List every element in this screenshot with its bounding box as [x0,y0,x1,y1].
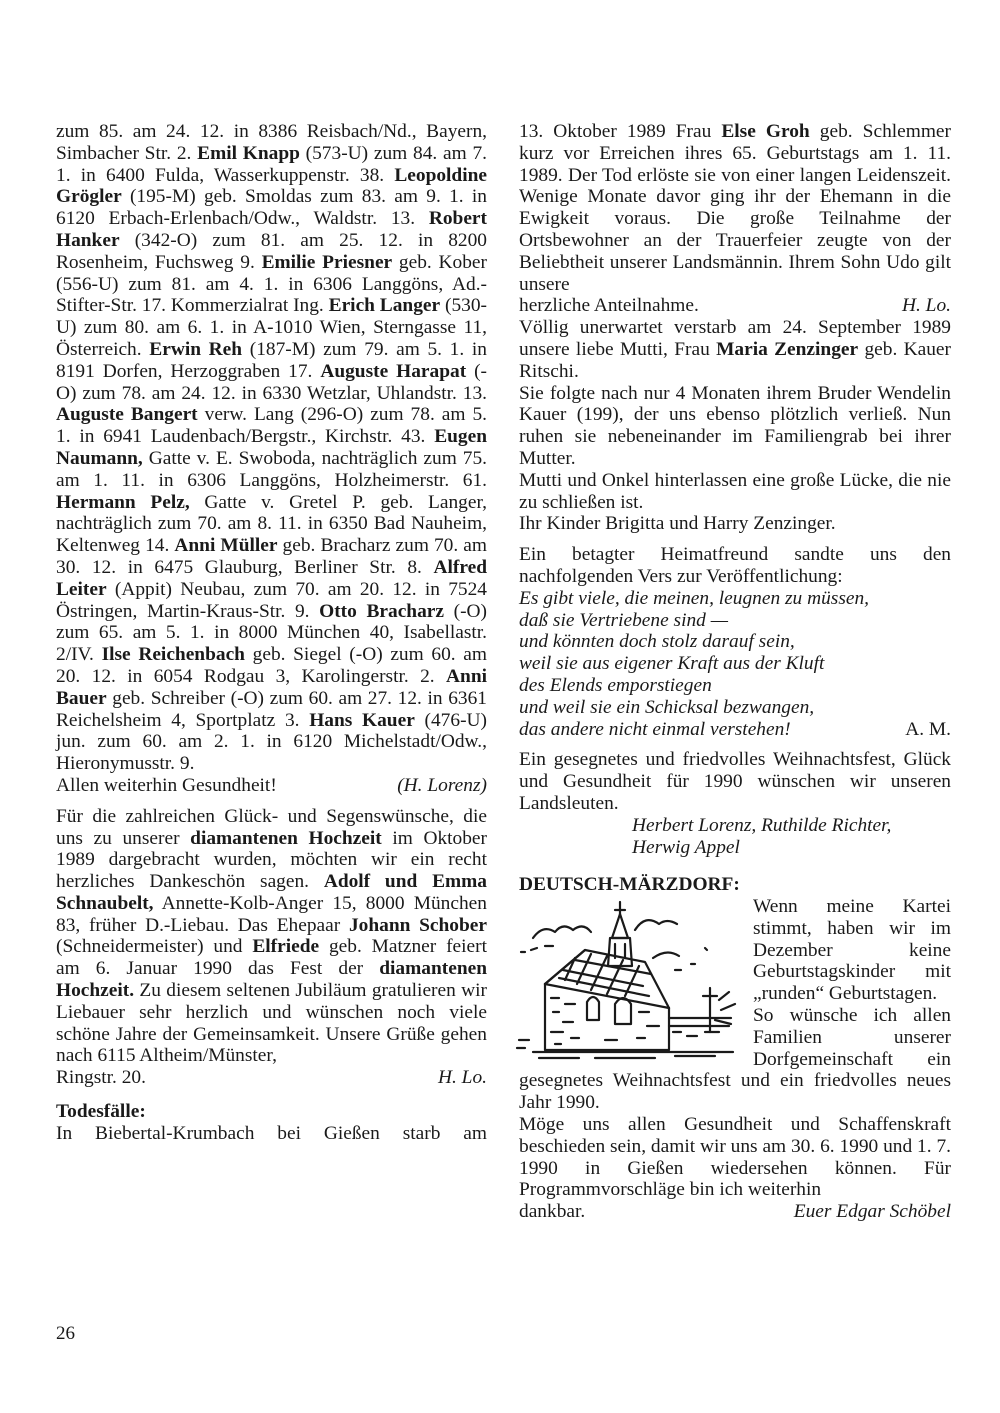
birthday-list: zum 85. am 24. 12. in 8386 Reisbach/Nd.,… [56,121,487,775]
bold-name: Hans Kauer [309,710,415,731]
verse-last-line: das andere nicht einmal verstehen! A. M. [519,719,951,741]
verse: Es gibt viele, die meinen, leugnen zu mü… [519,588,951,741]
bold-name: Emil Knapp [197,143,300,164]
anniversary-signoff: Ringstr. 20. H. Lo. [56,1067,487,1089]
bold-name: Maria Zenzinger [716,339,858,360]
deutsch-maerzdorf-section: Wenn meine Kartei stimmt, haben wir im D… [519,896,951,1223]
signature: Euer Edgar Schöbel [794,1201,951,1223]
obituary-zenzinger-signers: Ihr Kinder Brigitta und Harry Zenzinger. [519,513,951,535]
closing-text: dankbar. [519,1201,585,1223]
deaths-intro: In Biebertal-Krumbach bei Gießen starb a… [56,1123,487,1145]
bold-name: Auguste Bangert [56,404,198,425]
greeting-signers: Herbert Lorenz, Ruthilde Richter, Herwig… [519,815,951,859]
bold-name: Ilse Reichenbach [102,644,245,665]
maerzdorf-p3: Möge uns allen Gesundheit und Schaffensk… [519,1114,951,1201]
signature: (H. Lorenz) [397,775,487,797]
section-heading-deaths: Todesfälle: [56,1101,487,1123]
closing-text: herzliche Anteilnahme. [519,295,699,317]
bold-name: Erich Langer [329,295,441,316]
page-number: 26 [56,1323,75,1345]
bold-name: Erwin Reh [149,339,242,360]
bold-name: Auguste Harapat [320,361,466,382]
obituary-zenzinger-p2: Sie folgte nach nur 4 Monaten ihrem Brud… [519,383,951,470]
section-heading-deutsch-maerzdorf: DEUTSCH-MÄRZDORF: [519,874,951,896]
signers-line: Herwig Appel [632,837,951,859]
anniversary-thanks: Für die zahlreichen Glück- und Segenswün… [56,806,487,1068]
text-run: 13. Oktober 1989 Frau [519,121,721,142]
verse-intro: Ein betagter Heimatfreund sandte uns den… [519,544,951,588]
verse-line: des Elends emporstiegen [519,675,951,697]
bold-name: Elfriede [252,936,319,957]
right-column: 13. Oktober 1989 Frau Else Groh geb. Sch… [519,121,951,1223]
verse-line: daß sie Vertriebene sind — [519,610,951,632]
closing-text: Allen weiterhin Gesundheit! [56,775,277,797]
verse-line: das andere nicht einmal verstehen! [519,719,791,741]
bold-name: Anni Müller [174,535,277,556]
text-run: (Schneidermeister) und [56,936,252,957]
church-illustration [515,900,745,1060]
obituary-groh: 13. Oktober 1989 Frau Else Groh geb. Sch… [519,121,951,295]
obituary-groh-signoff: herzliche Anteilnahme. H. Lo. [519,295,951,317]
obituary-zenzinger-p3: Mutti und Onkel hinterlassen eine große … [519,470,951,514]
bold-name: Johann Schober [349,915,487,936]
bold-name: Hermann Pelz, [56,492,190,513]
maerzdorf-signoff: dankbar. Euer Edgar Schöbel [519,1201,951,1223]
signature: H. Lo. [902,295,951,317]
bold-name: Otto Bracharz [319,601,444,622]
obituary-zenzinger: Völlig unerwartet verstarb am 24. Septem… [519,317,951,382]
signers-line: Herbert Lorenz, Ruthilde Richter, [632,815,951,837]
verse-line: und könnten doch stolz darauf sein, [519,631,951,653]
bold-name: Emilie Priesner [262,252,393,273]
bold-name: Else Groh [721,121,809,142]
left-column: zum 85. am 24. 12. in 8386 Reisbach/Nd.,… [56,121,487,1145]
signature: H. Lo. [438,1067,487,1089]
verse-line: Es gibt viele, die meinen, leugnen zu mü… [519,588,951,610]
bold-name: diamantenen Hochzeit [190,828,382,849]
verse-line: und weil sie ein Schicksal bezwangen, [519,697,951,719]
birthday-closing: Allen weiterhin Gesundheit! (H. Lorenz) [56,775,487,797]
text-run: geb. Schlemmer kurz vor Erreichen ihres … [519,121,951,295]
verse-author: A. M. [905,719,951,741]
verse-line: weil sie aus eigener Kraft aus der Kluft [519,653,951,675]
christmas-greeting: Ein gesegnetes und friedvolles Weihnacht… [519,749,951,814]
address-line: Ringstr. 20. [56,1067,146,1089]
